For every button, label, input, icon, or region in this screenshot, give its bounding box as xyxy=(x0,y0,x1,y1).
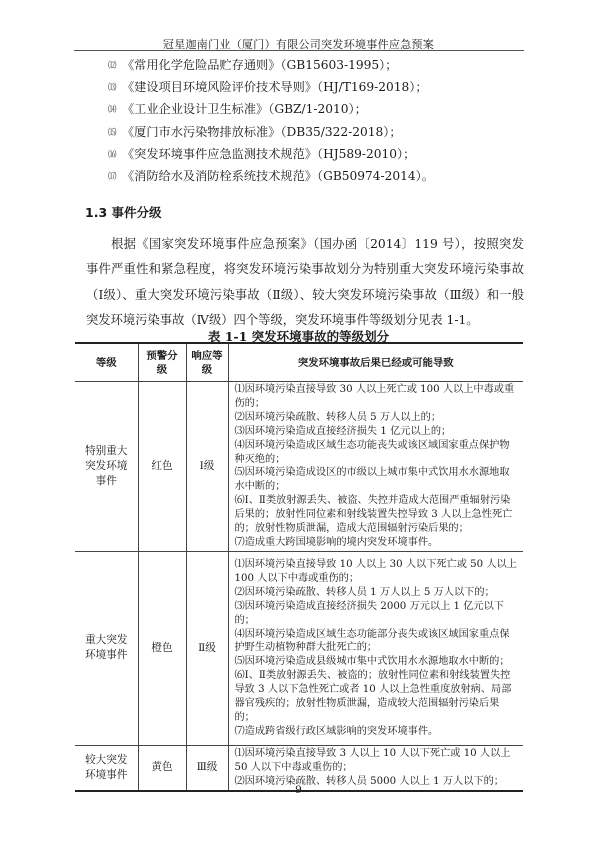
column-header-grade: 等级 xyxy=(75,343,138,382)
response-cell: Ⅱ级 xyxy=(186,551,228,745)
reference-text: 《突发环境事件应急监测技术规范》（HJ589-2010）； xyxy=(122,147,415,161)
section-heading: 1.3 事件分级 xyxy=(85,203,162,221)
consequence-item: ⑸因环境污染造成县级城市集中式饮用水水源地取水中断的； xyxy=(235,655,520,669)
reference-number: ⑿ xyxy=(108,55,122,77)
consequence-item: ⑸因环境污染造成设区的市级以上城市集中式饮用水水源地取水中断的； xyxy=(235,466,520,494)
reference-text: 《厦门市水污染物排放标准》（DB35/322-2018）； xyxy=(122,125,402,139)
page-number: 9 xyxy=(0,784,597,796)
response-cell: Ⅰ级 xyxy=(186,382,228,552)
reference-list: ⑿《常用化学危险品贮存通则》（GB15603-1995）； ⒀《建设项目环境风险… xyxy=(108,54,434,187)
grade-cell: 重大突发环境事件 xyxy=(75,551,138,745)
consequence-item: ⑵因环境污染疏散、转移人员 5 万人以上的； xyxy=(235,411,520,425)
column-header-response: 响应等级 xyxy=(186,343,228,382)
consequence-item: ⑷因环境污染造成区域生态功能部分丧失或该区域国家重点保护野生动植物种群大批死亡的… xyxy=(235,628,520,656)
reference-number: ⒄ xyxy=(108,166,122,188)
reference-text: 《建设项目环境风险评价技术导则》（HJ/T169-2018）； xyxy=(122,80,428,94)
table-header-row: 等级 预警分级 响应等级 突发环境事故后果已经或可能导致 xyxy=(75,343,523,382)
table-row: 重大突发环境事件 橙色 Ⅱ级 ⑴因环境污染直接导致 10 人以上 30 人以下死… xyxy=(75,551,523,745)
reference-item: ⒃《突发环境事件应急监测技术规范》（HJ589-2010）； xyxy=(108,143,434,165)
consequence-item: ⑹Ⅰ、Ⅱ类放射源丢失、被盗的；放射性同位素和射线装置失控导致 3 人以下急性死亡… xyxy=(235,669,520,725)
reference-text: 《工业企业设计卫生标准》（GBZ/1-2010）； xyxy=(122,102,367,116)
section-paragraph: 根据《国家突发环境事件应急预案》（国办函〔2014〕119 号），按照突发事件严… xyxy=(86,232,524,334)
reference-item: ⒀《建设项目环境风险评价技术导则》（HJ/T169-2018）； xyxy=(108,76,434,98)
reference-text: 《常用化学危险品贮存通则》（GB15603-1995）； xyxy=(122,58,397,72)
document-page: 冠星迦南门业（厦门）有限公司突发环境事件应急预案 ⑿《常用化学危险品贮存通则》（… xyxy=(0,0,597,843)
consequence-item: ⑺造成跨省级行政区域影响的突发环境事件。 xyxy=(235,725,520,739)
column-header-warning: 预警分级 xyxy=(138,343,186,382)
reference-item: ⒁《工业企业设计卫生标准》（GBZ/1-2010）； xyxy=(108,98,434,120)
grade-cell: 特别重大突发环境事件 xyxy=(75,382,138,552)
warning-cell: 红色 xyxy=(138,382,186,552)
header-rule xyxy=(74,50,524,51)
consequence-cell: ⑴因环境污染直接导致 30 人以上死亡或 100 人以上中毒或重伤的； ⑵因环境… xyxy=(228,382,523,552)
consequence-cell: ⑴因环境污染直接导致 10 人以上 30 人以下死亡或 50 人以上 100 人… xyxy=(228,551,523,745)
reference-number: ⒂ xyxy=(108,122,122,144)
incident-grade-table: 等级 预警分级 响应等级 突发环境事故后果已经或可能导致 特别重大突发环境事件 … xyxy=(75,342,523,792)
consequence-item: ⑺造成重大跨国境影响的境内突发环境事件。 xyxy=(235,536,520,550)
reference-number: ⒁ xyxy=(108,99,122,121)
reference-item: ⒂《厦门市水污染物排放标准》（DB35/322-2018）； xyxy=(108,121,434,143)
column-header-consequence: 突发环境事故后果已经或可能导致 xyxy=(228,343,523,382)
table-row: 特别重大突发环境事件 红色 Ⅰ级 ⑴因环境污染直接导致 30 人以上死亡或 10… xyxy=(75,382,523,552)
consequence-item: ⑶因环境污染造成直接经济损失 1 亿元以上的； xyxy=(235,425,520,439)
reference-number: ⒀ xyxy=(108,77,122,99)
consequence-item: ⑷因环境污染造成区域生态功能丧失或该区域国家重点保护物种灭绝的； xyxy=(235,439,520,467)
consequence-item: ⑶因环境污染造成直接经济损失 2000 万元以上 1 亿元以下的； xyxy=(235,600,520,628)
reference-item: ⒄《消防给水及消防栓系统技术规范》（GB50974-2014）。 xyxy=(108,165,434,187)
consequence-item: ⑴因环境污染直接导致 30 人以上死亡或 100 人以上中毒或重伤的； xyxy=(235,383,520,411)
consequence-item: ⑴因环境污染直接导致 3 人以上 10 人以下死亡或 10 人以上 50 人以下… xyxy=(235,747,520,775)
reference-number: ⒃ xyxy=(108,144,122,166)
warning-cell: 橙色 xyxy=(138,551,186,745)
consequence-item: ⑹Ⅰ、Ⅱ类放射源丢失、被盗、失控并造成大范围严重辐射污染后果的；放射性同位素和射… xyxy=(235,494,520,536)
reference-text: 《消防给水及消防栓系统技术规范》（GB50974-2014）。 xyxy=(122,169,434,183)
consequence-item: ⑵因环境污染疏散、转移人员 1 万人以上 5 万人以下的； xyxy=(235,586,520,600)
reference-item: ⑿《常用化学危险品贮存通则》（GB15603-1995）； xyxy=(108,54,434,76)
consequence-item: ⑴因环境污染直接导致 10 人以上 30 人以下死亡或 50 人以上 100 人… xyxy=(235,558,520,586)
